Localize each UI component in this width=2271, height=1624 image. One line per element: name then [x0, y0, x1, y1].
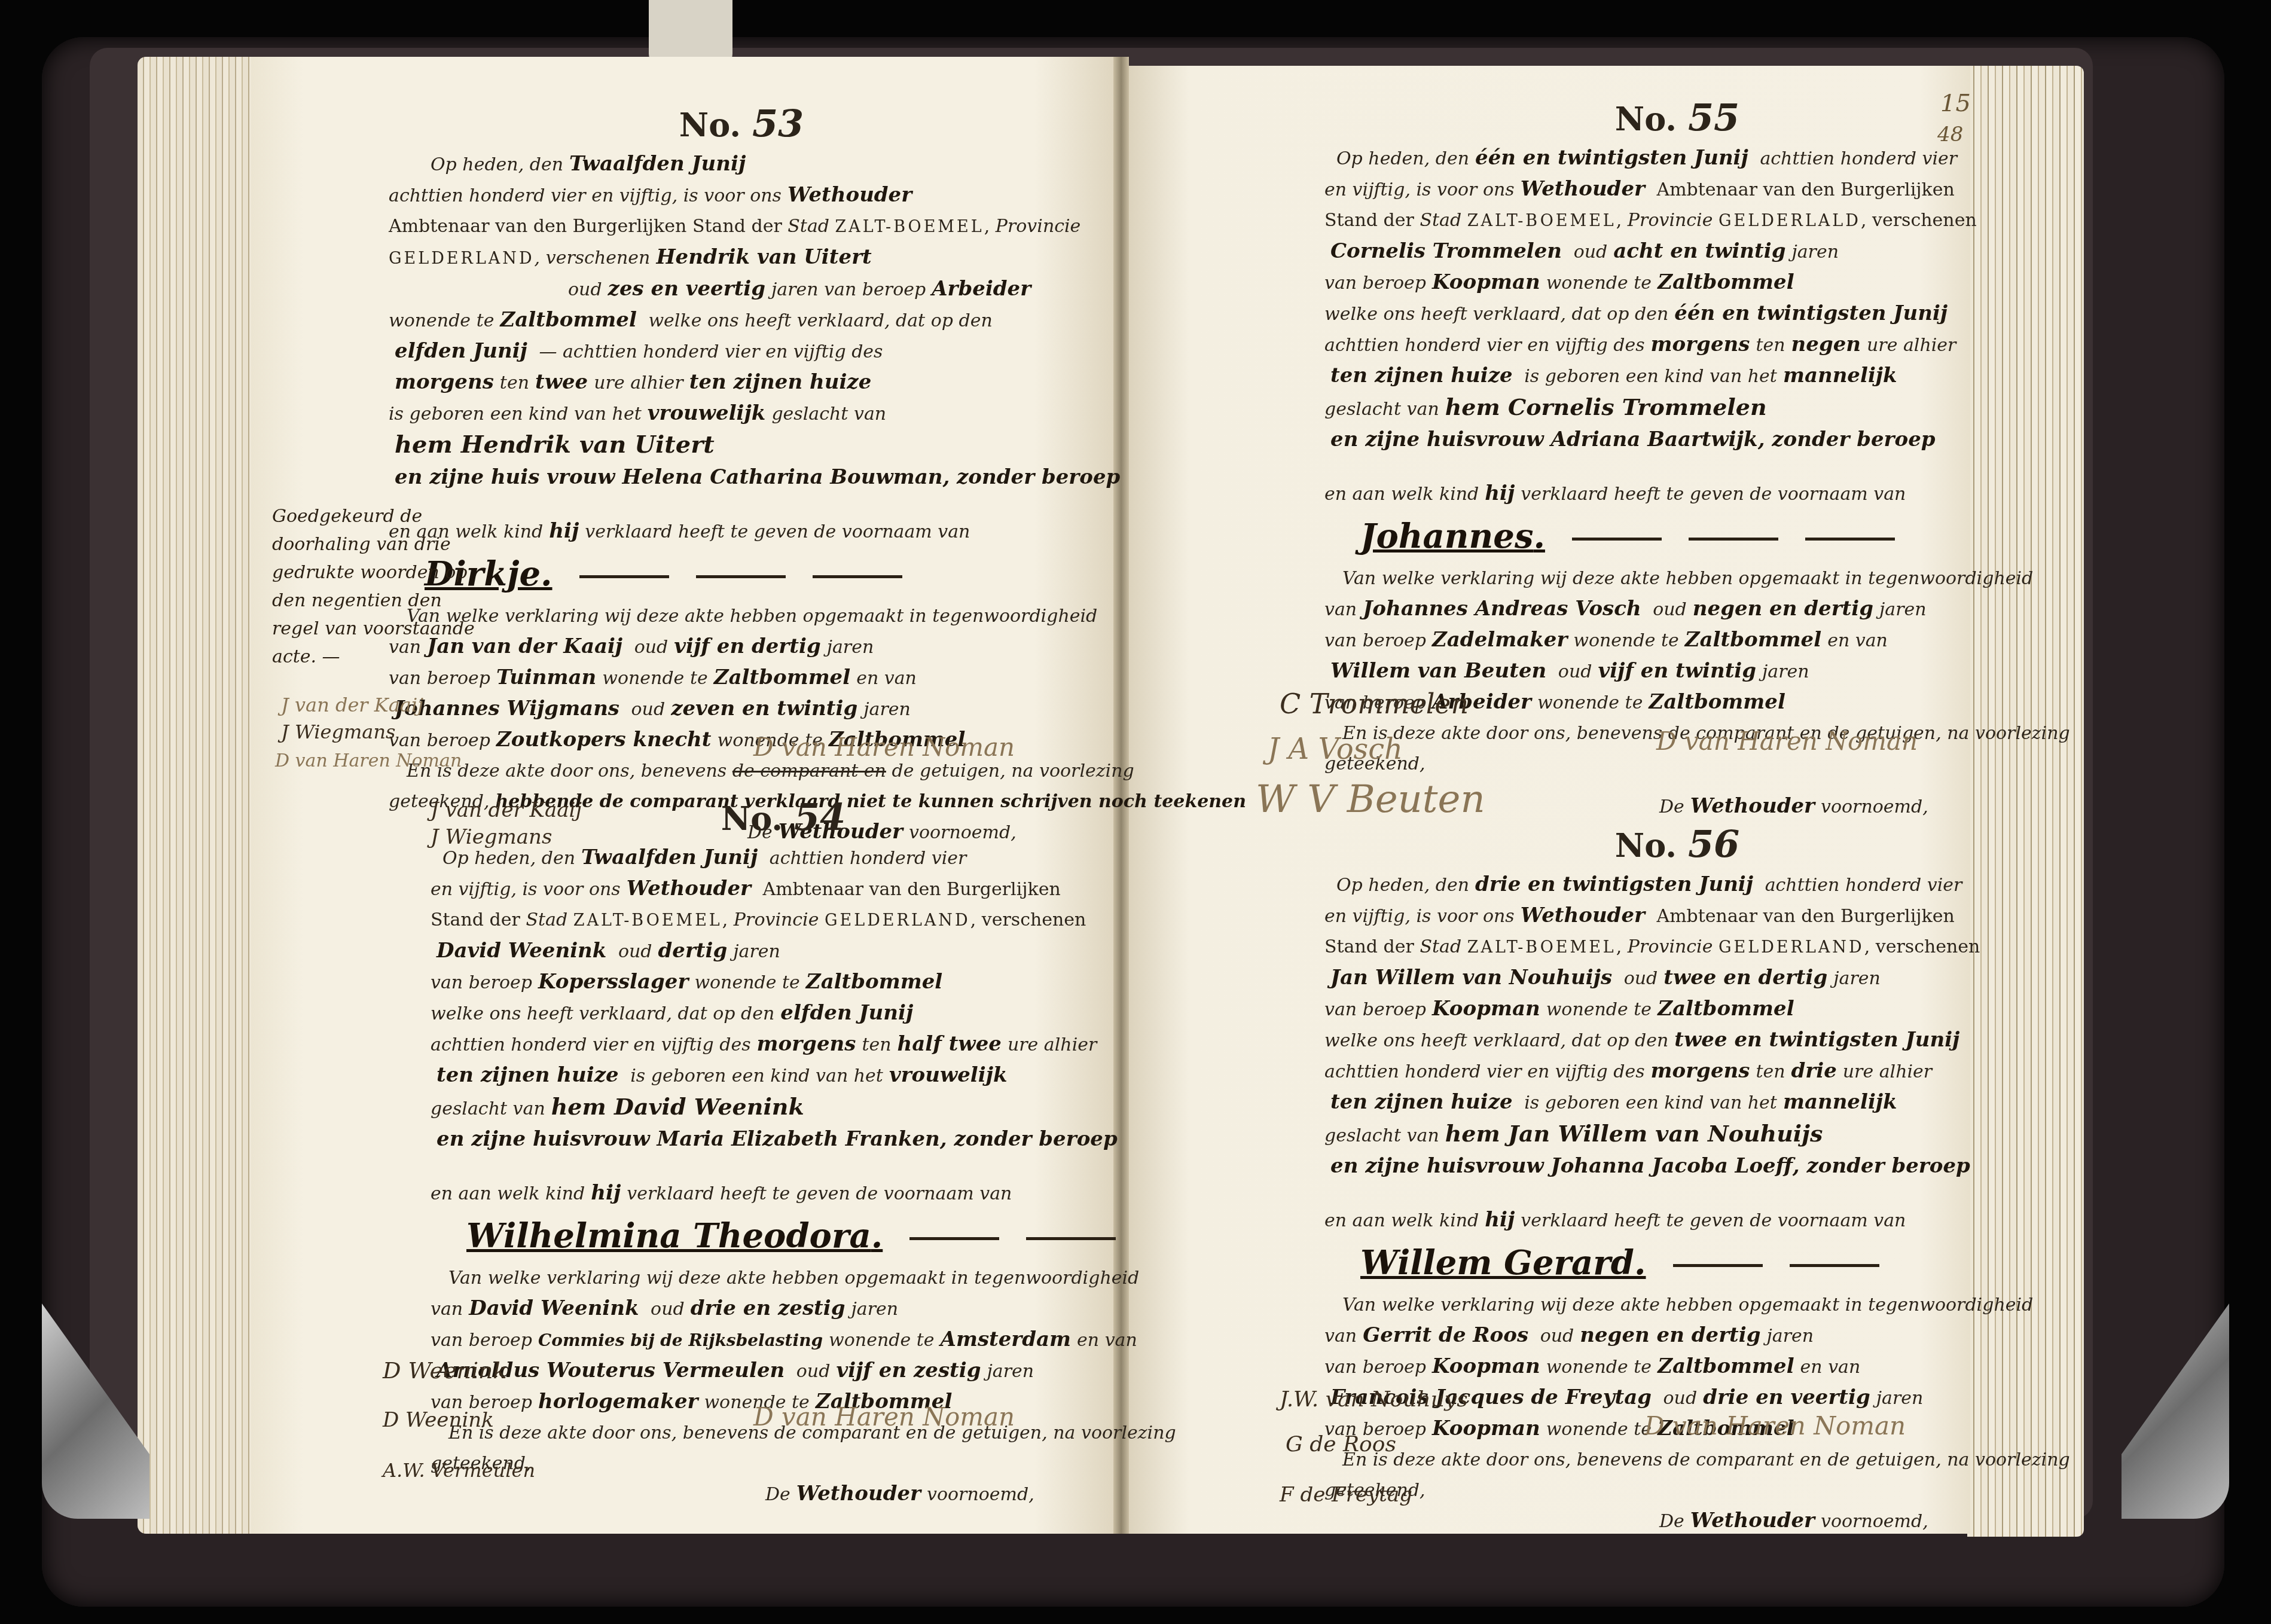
child-name: Dirkje. — [425, 554, 1094, 594]
margin-annotation: Goedgekeurd de doorhaling van drie gedru… — [272, 502, 481, 671]
signature-witness: J A Vosch — [1268, 732, 1403, 766]
signature-official: D van Haren Noman — [753, 732, 1015, 762]
child-name: Willem Gerard. — [1360, 1243, 2030, 1283]
signature-witness: A.W. Vermeulen — [383, 1459, 535, 1482]
paper-tab — [649, 0, 732, 66]
margin-signature: D van Haren Noman — [275, 750, 462, 771]
record-number: No. 53 — [389, 102, 1094, 145]
signature-official: D van Haren Noman — [753, 1402, 1015, 1431]
signature-declarant: D Weenink — [383, 1357, 507, 1384]
left-page-stack — [138, 57, 257, 1534]
margin-signature: J Wiegmans — [281, 721, 395, 743]
signature-witness: W V Beuten — [1256, 777, 1485, 822]
signature-official: D van Haren Noman — [1656, 726, 1918, 756]
signature-witness: D Weenink — [383, 1408, 494, 1432]
child-name: Johannes. — [1360, 517, 2030, 556]
signature-declarant: C Trommelen — [1280, 688, 1469, 720]
signature-official: D van Haren Noman — [1644, 1411, 1906, 1440]
child-name: Wilhelmina Theodora. — [466, 1216, 1136, 1256]
signature-declarant: J.W. van Nouhuys — [1280, 1387, 1468, 1412]
signature-witness: G de Roos — [1286, 1432, 1396, 1457]
signature-witness: F de Freytag — [1280, 1483, 1412, 1507]
margin-signature: J van der Kaaij — [281, 694, 423, 716]
